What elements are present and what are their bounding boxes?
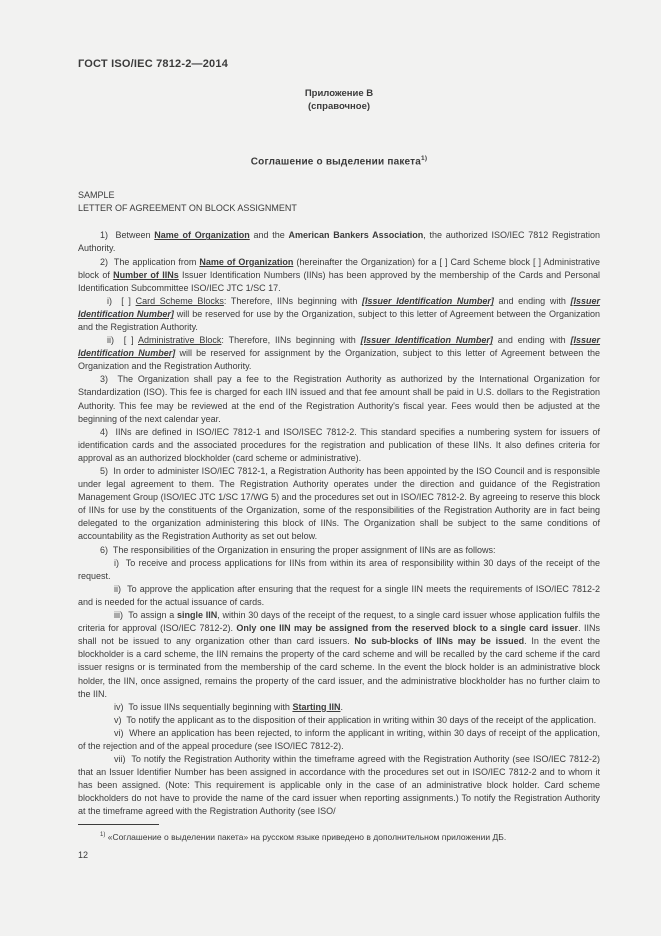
paragraph: 3) The Organization shall pay a fee to t… (78, 373, 600, 425)
text-run: iv) To issue IINs sequentially beginning… (114, 702, 292, 712)
text-run: Only one IIN may be assigned from the re… (236, 623, 578, 633)
text-run: 5) In order to administer ISO/IEC 7812-1… (78, 466, 600, 541)
text-run: v) To notify the applicant as to the dis… (114, 715, 596, 725)
text-run: No sub-blocks of IINs may be issued (354, 636, 524, 646)
paragraph: 4) IINs are defined in ISO/IEC 7812-1 an… (78, 426, 600, 465)
text-run: and ending with (494, 296, 571, 306)
paragraph: i) To receive and process applications f… (78, 557, 600, 583)
text-run: ii) To approve the application after ens… (78, 584, 600, 607)
document-designation: ГОСТ ISO/IEC 7812-2—2014 (78, 58, 600, 70)
text-run: i) [ ] (107, 296, 136, 306)
sample-label: SAMPLE (78, 189, 600, 202)
text-run: Name of Organization (154, 230, 250, 240)
text-run: 6) The responsibilities of the Organizat… (100, 545, 496, 555)
paragraph: iii) To assign a single IIN, within 30 d… (78, 609, 600, 701)
title-footnote-reference: 1) (421, 155, 427, 162)
footnote-separator (78, 824, 159, 825)
text-run: American Bankers Association (289, 230, 424, 240)
text-run: 4) IINs are defined in ISO/IEC 7812-1 an… (78, 427, 600, 463)
document-body: 1) Between Name of Organization and the … (78, 229, 600, 818)
paragraph: 5) In order to administer ISO/IEC 7812-1… (78, 465, 600, 544)
title-text: Соглашение о выделении пакета (251, 156, 421, 167)
text-run: Name of Organization (199, 257, 293, 267)
text-run: Administrative Block (138, 335, 221, 345)
text-run: single IIN (177, 610, 217, 620)
footnote-marker: 1) (100, 832, 105, 838)
text-run: Number of IINs (113, 270, 179, 280)
text-run: vii) To notify the Registration Authorit… (78, 754, 600, 816)
text-run: 2) The application from (100, 257, 199, 267)
paragraph: vi) Where an application has been reject… (78, 727, 600, 753)
letter-heading: LETTER OF AGREEMENT ON BLOCK ASSIGNMENT (78, 202, 600, 215)
paragraph: 1) Between Name of Organization and the … (78, 229, 600, 255)
text-run: and the (250, 230, 289, 240)
text-run: Card Scheme Blocks (136, 296, 224, 306)
text-run: vi) Where an application has been reject… (78, 728, 600, 751)
text-run: . (340, 702, 343, 712)
annex-type: (справочное) (78, 100, 600, 113)
document-title: Соглашение о выделении пакета1) (78, 155, 600, 167)
text-run: [Issuer Identification Number] (361, 335, 493, 345)
page-number: 12 (78, 850, 600, 860)
annex-label: Приложение В (78, 87, 600, 100)
paragraph: ii) To approve the application after ens… (78, 583, 600, 609)
paragraph: ii) [ ] Administrative Block: Therefore,… (78, 334, 600, 373)
footnote: 1) «Соглашение о выделении пакета» на ру… (78, 829, 600, 843)
paragraph: vii) To notify the Registration Authorit… (78, 753, 600, 818)
document-page: ГОСТ ISO/IEC 7812-2—2014 Приложение В (с… (0, 0, 661, 936)
paragraph: 6) The responsibilities of the Organizat… (78, 544, 600, 557)
paragraph: i) [ ] Card Scheme Blocks: Therefore, II… (78, 295, 600, 334)
paragraph: v) To notify the applicant as to the dis… (78, 714, 600, 727)
text-run: Starting IIN (292, 702, 340, 712)
text-run: : Therefore, IINs beginning with (224, 296, 362, 306)
text-run: ii) [ ] (107, 335, 138, 345)
text-run: iii) To assign a (114, 610, 177, 620)
paragraph: 2) The application from Name of Organiza… (78, 256, 600, 295)
paragraph: iv) To issue IINs sequentially beginning… (78, 701, 600, 714)
letter-intro: SAMPLE LETTER OF AGREEMENT ON BLOCK ASSI… (78, 189, 600, 215)
text-run: : Therefore, IINs beginning with (221, 335, 360, 345)
text-run: [Issuer Identification Number] (362, 296, 494, 306)
text-run: and ending with (493, 335, 571, 345)
text-run: 3) The Organization shall pay a fee to t… (78, 374, 600, 423)
text-run: 1) Between (100, 230, 154, 240)
text-run: i) To receive and process applications f… (78, 558, 600, 581)
footnote-text: «Соглашение о выделении пакета» на русск… (108, 831, 506, 841)
annex-block: Приложение В (справочное) (78, 87, 600, 113)
